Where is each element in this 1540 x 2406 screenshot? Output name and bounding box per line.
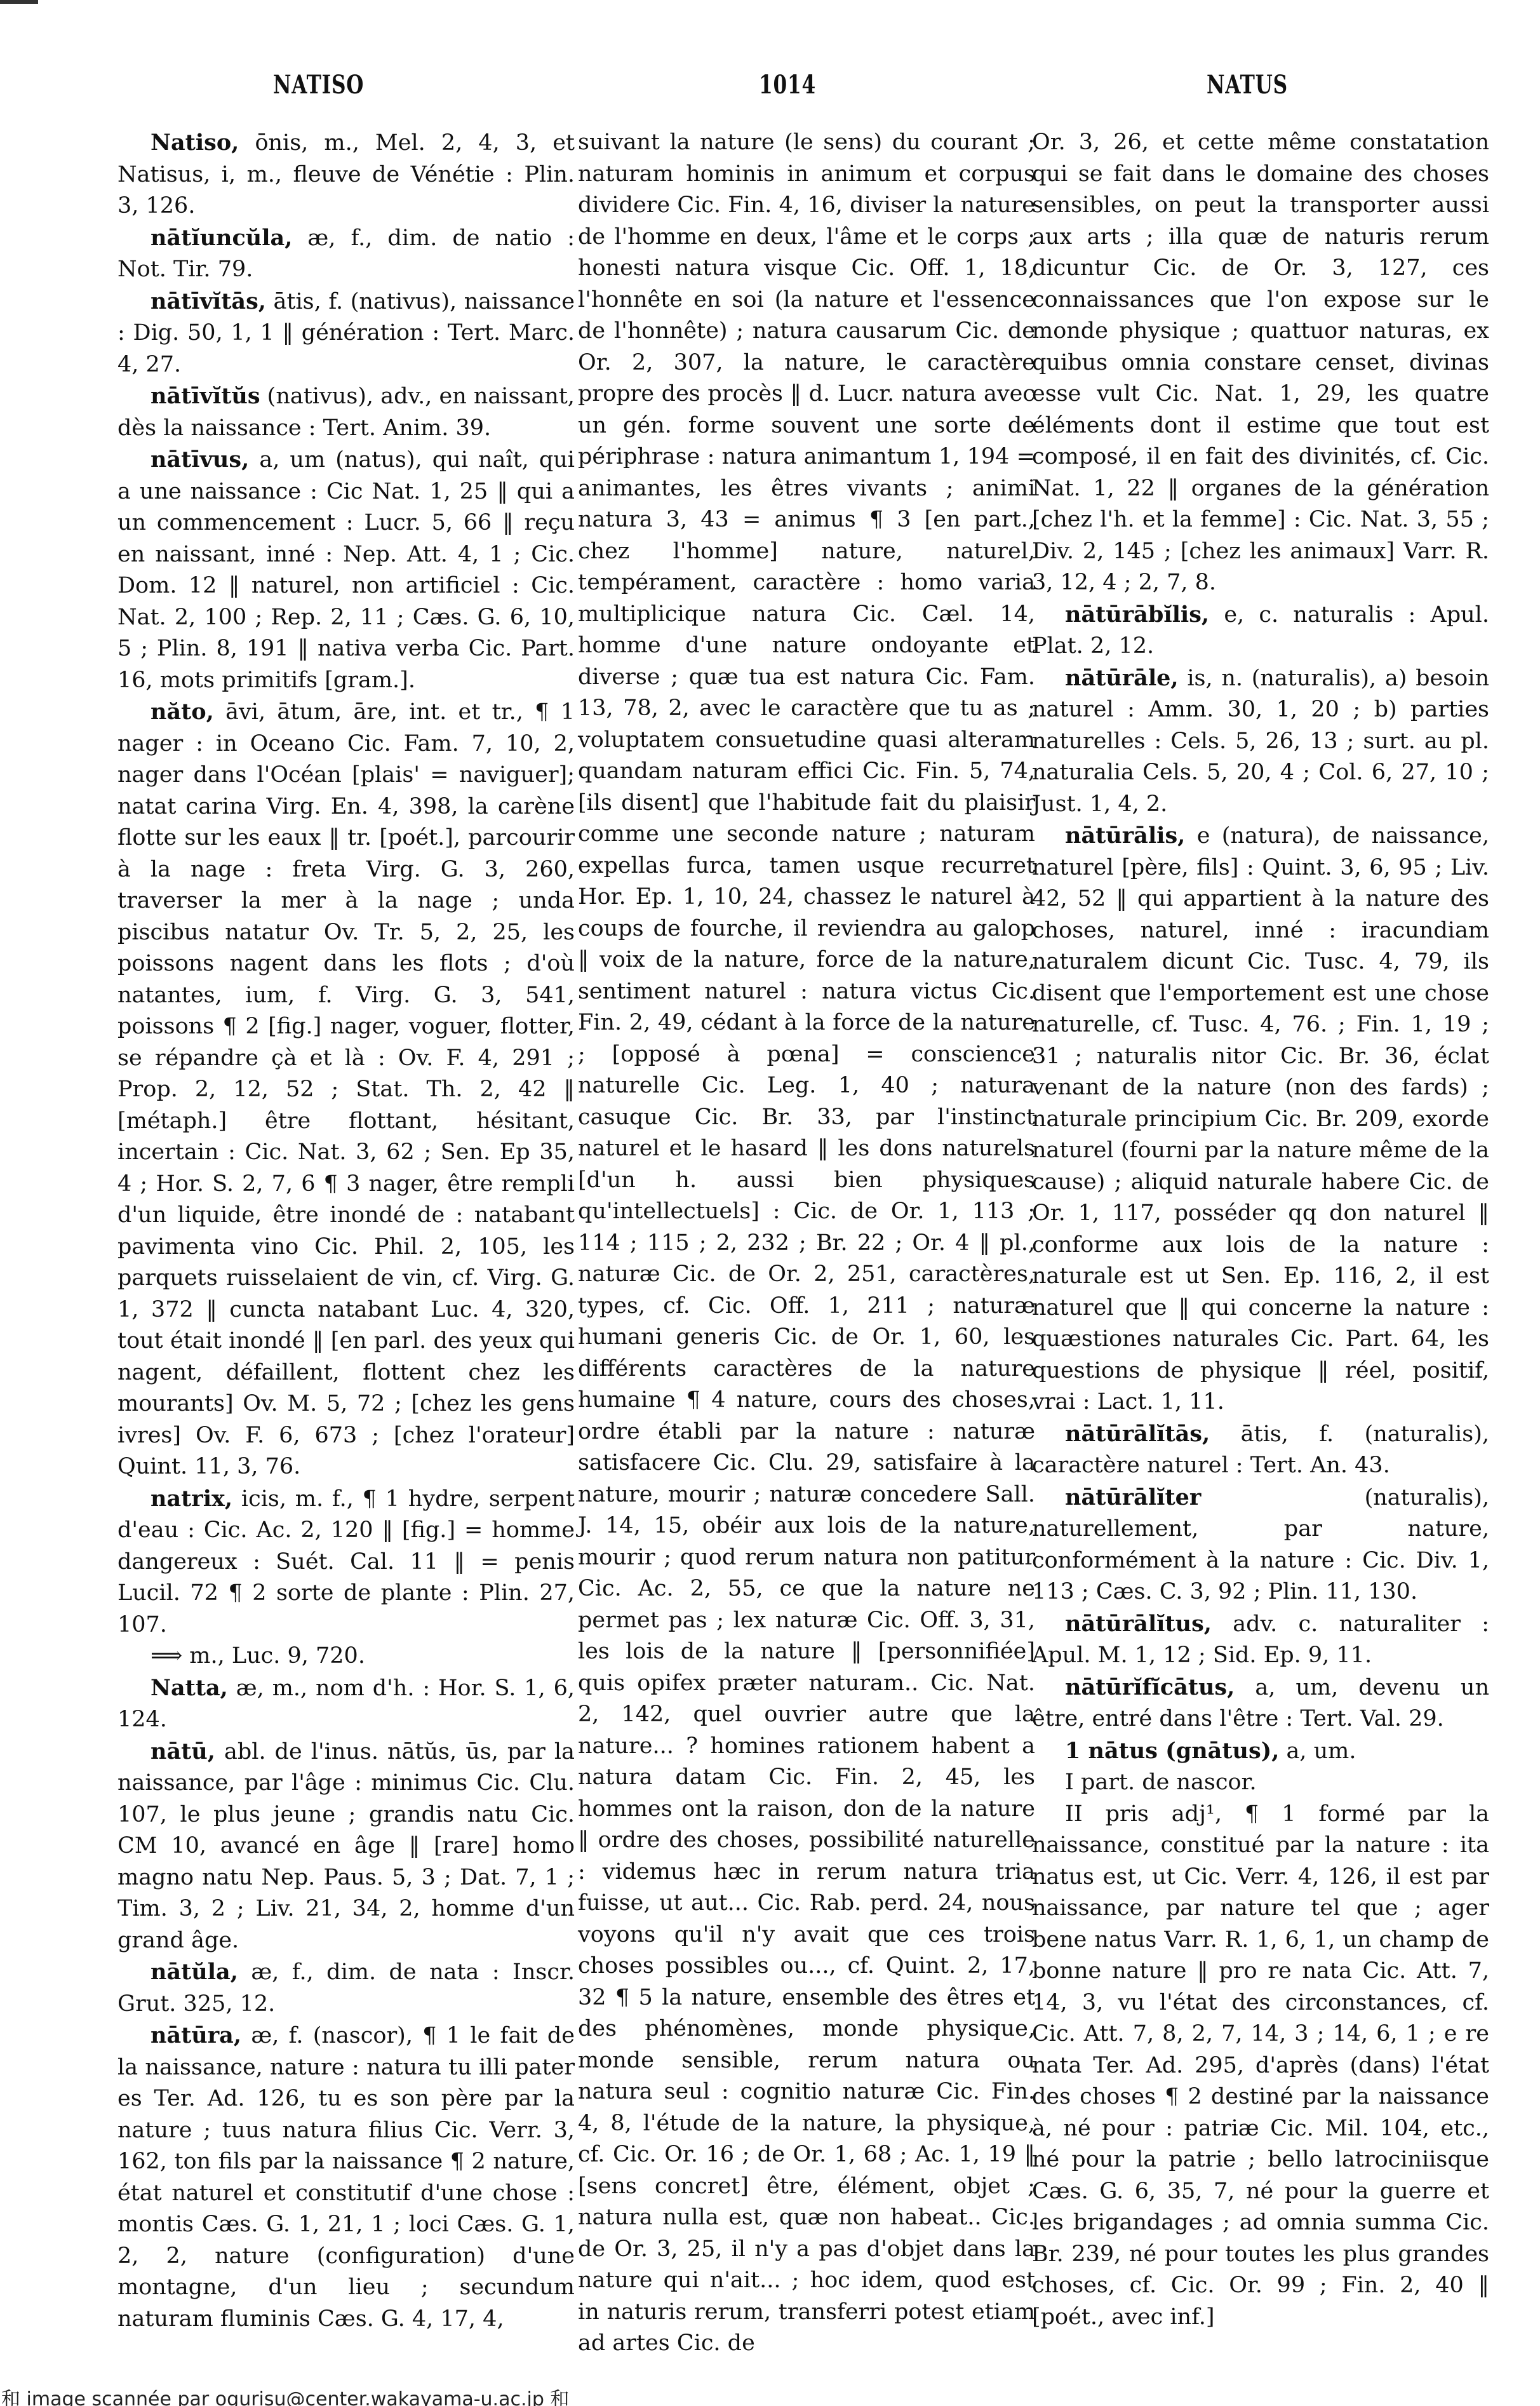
dictionary-entry: nātūrālĭter (naturalis), naturellement, … (1032, 1482, 1489, 1608)
entry-headword: nātūrābĭlis, (1065, 601, 1209, 628)
dictionary-entry: II pris adj¹, ¶ 1 formé par la naissance… (1032, 1799, 1489, 2334)
dictionary-entry: nātūrĭfĭcātus, a, um, devenu un être, en… (1032, 1672, 1489, 1735)
dictionary-entry: nātīvĭtŭs (nativus), adv., en naissant, … (117, 380, 575, 444)
entry-headword: nātūrāle, (1065, 665, 1179, 691)
dictionary-entry: nātūrāle, is, n. (naturalis), a) besoin … (1032, 662, 1489, 821)
entry-headword: năto, (151, 699, 214, 725)
dictionary-entry: nātū, abl. de l'inus. nātŭs, ūs, par la … (117, 1736, 575, 1957)
entry-headword: natrix, (151, 1486, 232, 1512)
dictionary-entry: Natta, æ, m., nom d'h. : Hor. S. 1, 6, 1… (117, 1672, 575, 1736)
left-guide-word: NATISO (273, 70, 364, 100)
entry-headword: nātūrālis, (1065, 823, 1185, 849)
entry-body: Or. 3, 26, et cette même constatation qu… (1032, 130, 1489, 595)
entry-headword: nātūrālĭtus, (1065, 1611, 1212, 1637)
dictionary-entry: nātūrālis, e (natura), de naissance, nat… (1032, 820, 1489, 1418)
dictionary-entry: nātūra, æ, f. (nascor), ¶ 1 le fait de l… (117, 2020, 575, 2335)
entry-headword: nātĭuncŭla, (151, 225, 292, 251)
column-3: Or. 3, 26, et cette même constatation qu… (1032, 127, 1489, 2333)
entry-body: āvi, ātum, āre, int. et tr., ¶ 1 nager :… (117, 699, 575, 1479)
entry-headword: nātūrālĭtās, (1065, 1421, 1210, 1447)
entry-body: I part. de nascor. (1065, 1770, 1257, 1795)
entry-body: a, um. (1279, 1738, 1356, 1764)
dictionary-entry: nātīvĭtās, ātis, f. (nativus), naissance… (117, 286, 575, 381)
entry-body: II pris adj¹, ¶ 1 formé par la naissance… (1032, 1801, 1489, 2330)
page-header: NATISO 1014 NATUS (0, 70, 1540, 108)
dictionary-entry: năto, āvi, ātum, āre, int. et tr., ¶ 1 n… (117, 696, 575, 1483)
entry-headword: nātūrĭfĭcātus, (1065, 1674, 1235, 1700)
dictionary-entry: nātūrālĭtus, adv. c. naturaliter : Apul.… (1032, 1608, 1489, 1672)
entry-headword: nātīvus, (151, 447, 249, 473)
dictionary-entry: I part. de nascor. (1032, 1767, 1489, 1799)
entry-body: abl. de l'inus. nātŭs, ūs, par la naissa… (117, 1739, 575, 1953)
entry-body: e (natura), de naissance, naturel [père,… (1032, 823, 1489, 1415)
dictionary-entry: nātĭuncŭla, æ, f., dim. de natio : Not. … (117, 222, 575, 286)
entry-headword: nātīvĭtās, (151, 288, 266, 314)
dictionary-entry: natrix, icis, m. f., ¶ 1 hydre, serpent … (117, 1483, 575, 1641)
entry-body: æ, f. (nascor), ¶ 1 le fait de la naissa… (117, 2023, 575, 2332)
entry-headword: Natta, (151, 1675, 228, 1701)
page-number: 1014 (759, 70, 816, 100)
right-guide-word: NATUS (1207, 70, 1288, 100)
dictionary-entry: Or. 3, 26, et cette même constatation qu… (1032, 127, 1489, 599)
dictionary-entry: nātŭla, æ, f., dim. de nata : Inscr. Gru… (117, 1956, 575, 2020)
entry-headword: Natiso, (151, 130, 239, 156)
entry-body: ⟹ m., Luc. 9, 720. (151, 1643, 365, 1669)
dictionary-entry: nātīvus, a, um (natus), qui naît, qui a … (117, 444, 575, 696)
column-2: suivant la nature (le sens) du courant ;… (578, 127, 1035, 2360)
entry-headword: nātūra, (151, 2022, 241, 2048)
column-1: Natiso, ōnis, m., Mel. 2, 4, 3, et Natis… (117, 127, 575, 2335)
entry-headword: 1 nātus (gnātus), (1065, 1738, 1279, 1764)
dictionary-entry: ⟹ m., Luc. 9, 720. (117, 1641, 575, 1672)
entry-headword: nātŭla, (151, 1959, 238, 1985)
dictionary-entry: nātūrābĭlis, e, c. naturalis : Apul. Pla… (1032, 599, 1489, 662)
entry-headword: nātūrālĭter (1065, 1484, 1201, 1510)
entry-body: suivant la nature (le sens) du courant ;… (578, 130, 1035, 2356)
dictionary-entry: suivant la nature (le sens) du courant ;… (578, 127, 1035, 2360)
scan-artifact (0, 0, 38, 4)
scan-credit: 和 image scannée par ogurisu@center.wakay… (1, 2383, 569, 2406)
dictionary-entry: 1 nātus (gnātus), a, um. (1032, 1735, 1489, 1768)
dictionary-entry: Natiso, ōnis, m., Mel. 2, 4, 3, et Natis… (117, 127, 575, 222)
entry-body: a, um (natus), qui naît, qui a une naiss… (117, 447, 575, 693)
dictionary-entry: nātūrālĭtās, ātis, f. (naturalis), carac… (1032, 1418, 1489, 1482)
entry-headword: nātīvĭtŭs (151, 383, 260, 409)
entry-headword: nātū, (151, 1738, 215, 1764)
